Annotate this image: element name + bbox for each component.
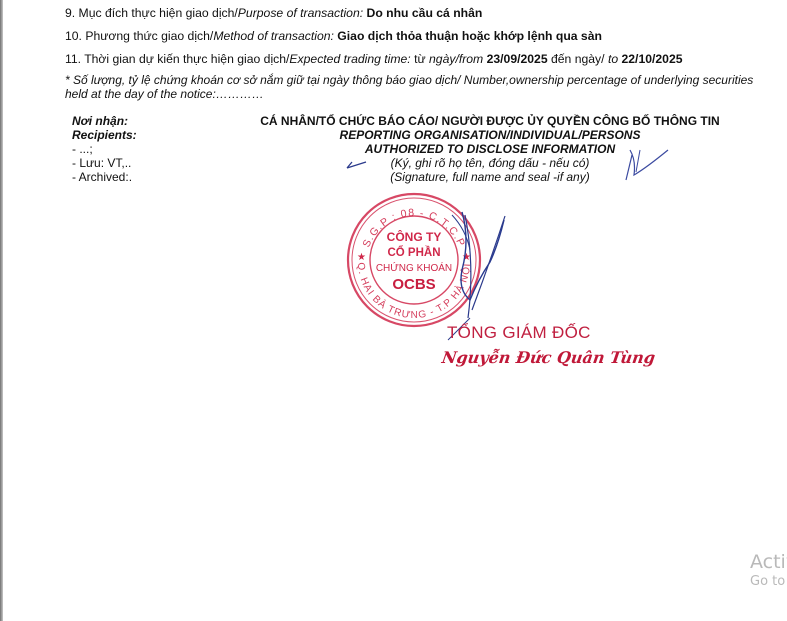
- recipient-line: - Archived:.: [72, 170, 137, 184]
- recipients-header-vi: Nơi nhận:: [72, 114, 137, 128]
- item-11-expected-time: 11. Thời gian dự kiến thực hiện giao dịc…: [65, 52, 683, 66]
- recipients-header-en: Recipients:: [72, 128, 137, 142]
- holdings-note: * Số lượng, tỷ lệ chứng khoán cơ sở nắm …: [65, 73, 765, 101]
- item-11-prefix: 11. Thời gian dự kiến thực hiện giao dịc…: [65, 52, 289, 66]
- recipients-block: Nơi nhận: Recipients: - ...; - Lưu: VT,.…: [72, 114, 137, 184]
- reporting-title-vi: CÁ NHÂN/TỔ CHỨC BÁO CÁO/ NGƯỜI ĐƯỢC ỦY Q…: [240, 114, 740, 128]
- item-10-method: 10. Phương thức giao dịch/Method of tran…: [65, 29, 602, 43]
- recipient-line: - ...;: [72, 142, 137, 156]
- item-11-label-en: Expected trading time:: [289, 52, 410, 66]
- watermark-line-2: Go to: [750, 573, 787, 591]
- seal-line-2: CỔ PHẦN: [387, 246, 440, 259]
- item-11-to-date: 22/10/2025: [622, 52, 683, 66]
- item-11-from-date: 23/09/2025: [487, 52, 548, 66]
- item-9-label-en: Purpose of transaction:: [238, 6, 363, 20]
- item-10-prefix: 10. Phương thức giao dịch/: [65, 29, 213, 43]
- signatory-name: Nguyễn Đức Quân Tùng: [441, 348, 657, 367]
- item-11-to-en: to: [608, 52, 618, 66]
- item-9-purpose: 9. Mục đích thực hiện giao dịch/Purpose …: [65, 6, 482, 20]
- reporting-block: CÁ NHÂN/TỔ CHỨC BÁO CÁO/ NGƯỜI ĐƯỢC ỦY Q…: [240, 114, 740, 184]
- reporting-title-en-2: AUTHORIZED TO DISCLOSE INFORMATION: [240, 142, 740, 156]
- windows-activation-watermark: Activ Go to: [750, 551, 787, 591]
- item-10-value: Giao dịch thỏa thuận hoặc khớp lệnh qua …: [337, 29, 602, 43]
- reporting-title-en-1: REPORTING ORGANISATION/INDIVIDUAL/PERSON…: [240, 128, 740, 142]
- signatory-title: TỔNG GIÁM ĐỐC: [447, 323, 591, 343]
- seal-line-1: CÔNG TY: [387, 229, 442, 244]
- seal-star-icon: ★: [357, 252, 366, 263]
- sign-note-en: (Signature, full name and seal -if any): [240, 170, 740, 184]
- scan-left-edge: [0, 0, 3, 621]
- item-11-from-vi: từ: [414, 52, 426, 66]
- recipient-line: - Lưu: VT,..: [72, 156, 137, 170]
- watermark-line-1: Activ: [750, 551, 787, 573]
- seal-star-icon: ★: [462, 252, 471, 263]
- item-11-to-vi: đến ngày/: [551, 52, 605, 66]
- item-9-prefix: 9. Mục đích thực hiện giao dịch/: [65, 6, 238, 20]
- seal-line-4: OCBS: [392, 276, 435, 293]
- company-seal: S.G.P : 08 - C.T.C.P Q. HAI BÀ TRƯNG - T…: [344, 190, 484, 330]
- seal-line-3: CHỨNG KHOÁN: [376, 261, 452, 274]
- item-11-from-en: ngày/from: [429, 52, 483, 66]
- item-10-label-en: Method of transaction:: [213, 29, 334, 43]
- item-9-value: Do nhu cầu cá nhân: [367, 6, 483, 20]
- sign-note-vi: (Ký, ghi rõ họ tên, đóng dấu - nếu có): [240, 156, 740, 170]
